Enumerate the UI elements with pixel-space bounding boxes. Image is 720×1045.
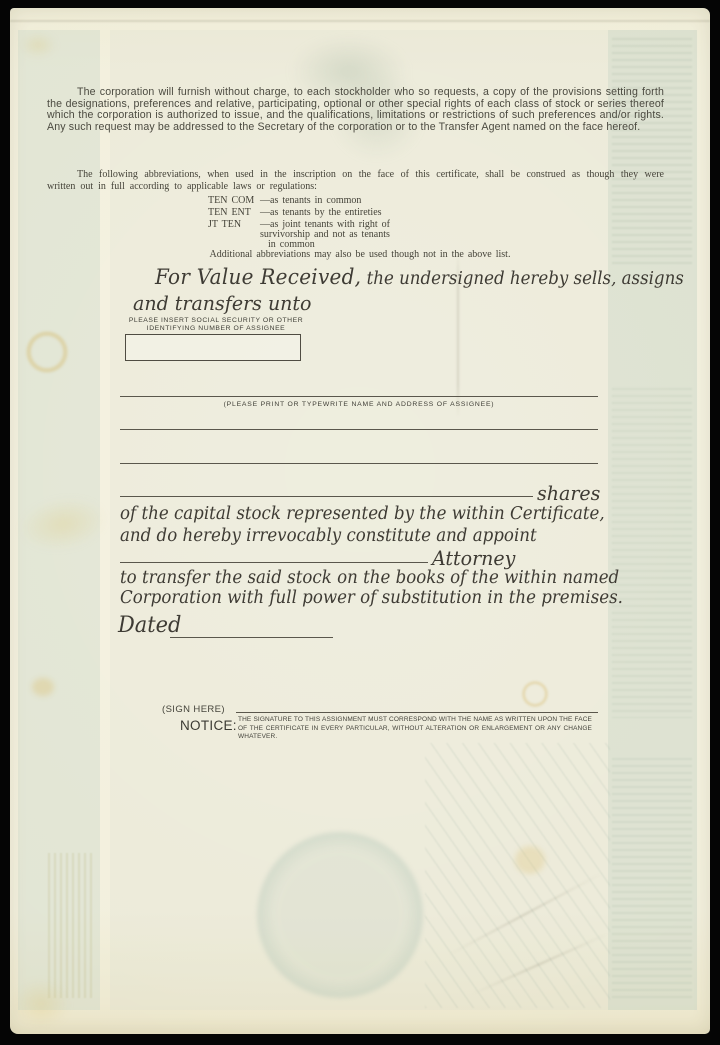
showthrough-text-column-mid-right (612, 388, 692, 718)
assignee-line-2 (120, 429, 598, 430)
stain-ring-right-mid (522, 681, 548, 707)
shares-blank-line (120, 496, 533, 497)
wrinkle-bottom-right-1 (448, 872, 603, 956)
showthrough-text-column-top-right (612, 38, 692, 268)
certificate-back-page: The corporation will furnish without cha… (10, 8, 710, 1034)
opening-rest: the undersigned hereby sells, assigns (361, 269, 684, 289)
fold-line-top (10, 20, 710, 22)
provisions-paragraph: The corporation will furnish without cha… (47, 87, 664, 133)
stain-top-left (20, 33, 56, 57)
dated-label: Dated (118, 613, 181, 638)
showthrough-text-column-bottom-left (48, 853, 96, 998)
assignee-id-box (125, 334, 301, 361)
notice-label: NOTICE: (180, 718, 237, 733)
assignment-opening-line1: For Value Received, the undersigned here… (155, 265, 684, 289)
abbreviation-row-ten-ent: TEN ENT—as tenants by the entireties (208, 207, 382, 218)
scanned-document-stage: The corporation will furnish without cha… (0, 0, 720, 1045)
for-value-received-phrase: For Value Received, (155, 265, 361, 289)
ssn-instruction: PLEASE INSERT SOCIAL SECURITY OR OTHER I… (126, 317, 306, 333)
stain-bottom-left-corner (12, 980, 70, 1028)
wrinkle-bottom-right-2 (471, 933, 609, 996)
abbreviation-meaning: —as tenants by the entireties (260, 207, 382, 218)
abbreviation-meaning: —as tenants in common (260, 195, 361, 206)
dated-blank-line (170, 637, 333, 638)
assignment-opening-line2: and transfers unto (133, 291, 311, 315)
notice-text: THE SIGNATURE TO THIS ASSIGNMENT MUST CO… (238, 716, 592, 742)
abbreviation-key: JT TEN (208, 219, 260, 230)
stain-spot-right-lower (515, 846, 545, 874)
assignment-body-line1: of the capital stock represented by the … (120, 504, 605, 524)
stain-smudge-left (14, 491, 111, 556)
abbreviation-key: TEN ENT (208, 207, 260, 218)
ssn-instruction-line2: IDENTIFYING NUMBER OF ASSIGNEE (126, 325, 306, 333)
assignment-body-line4: Corporation with full power of substitut… (120, 588, 623, 608)
attorney-label: Attorney (432, 546, 515, 570)
abbreviation-key: TEN COM (208, 195, 260, 206)
stain-ring-left (26, 331, 68, 373)
signature-line (236, 712, 598, 713)
abbreviation-row-ten-com: TEN COM—as tenants in common (208, 195, 361, 206)
assignee-line-1 (120, 396, 598, 397)
ssn-instruction-line1: PLEASE INSERT SOCIAL SECURITY OR OTHER (126, 317, 306, 325)
attorney-blank-line (120, 562, 428, 563)
stain-spot-left-lower (32, 678, 54, 696)
showthrough-text-column-bottom-right (612, 758, 692, 998)
shares-label: shares (537, 481, 600, 505)
showthrough-corporate-seal (257, 832, 423, 998)
showthrough-signature-scribbles (425, 743, 610, 1008)
assignee-caption: (PLEASE PRINT OR TYPEWRITE NAME AND ADDR… (120, 401, 598, 409)
abbreviations-note: Additional abbreviations may also be use… (100, 249, 620, 260)
assignee-line-3 (120, 463, 598, 464)
assignment-body-line3: to transfer the said stock on the books … (120, 568, 619, 588)
assignment-body-line2: and do hereby irrevocably constitute and… (120, 526, 537, 546)
sign-here-label: (SIGN HERE) (162, 704, 225, 715)
abbreviations-intro: The following abbreviations, when used i… (47, 169, 664, 192)
